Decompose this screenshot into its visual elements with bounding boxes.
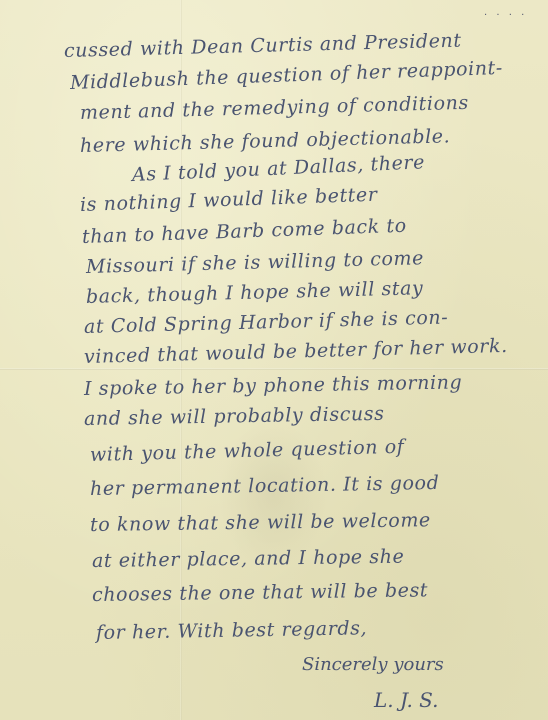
letter-line-3: ment and the remedying of conditions [80, 92, 469, 124]
letter-line-17: at either place, and I hope she [92, 546, 405, 572]
letter-line-5: As I told you at Dallas, there [132, 151, 426, 186]
letter-line-2: Middlebush the question of her reappoint… [70, 57, 504, 94]
letter-line-14: with you the whole question of [90, 436, 405, 466]
letter-line-19: for her. With best regards, [96, 617, 368, 644]
letter-line-11: vinced that would be better for her work… [84, 335, 508, 368]
letter-line-18: chooses the one that will be best [92, 579, 428, 606]
letter-line-13: and she will probably discuss [84, 403, 385, 430]
corner-mark: · · · · [484, 10, 527, 21]
letter-line-9: back, though I hope she will stay [86, 277, 424, 308]
closing-salutation: Sincerely yours [302, 654, 444, 675]
letter-page: · · · · cussed with Dean Curtis and Pres… [0, 0, 548, 720]
horizontal-fold-crease [0, 368, 548, 370]
letter-line-15: her permanent location. It is good [90, 472, 440, 500]
signature-initials: L. J. S. [374, 688, 439, 712]
letter-line-16: to know that she will be welcome [90, 509, 431, 536]
letter-line-10: at Cold Spring Harbor if she is con- [84, 306, 449, 338]
letter-line-8: Missouri if she is willing to come [86, 247, 425, 278]
letter-line-12: I spoke to her by phone this morning [84, 371, 463, 400]
letter-line-1: cussed with Dean Curtis and President [64, 30, 462, 62]
letter-line-6: is nothing I would like better [80, 184, 378, 216]
letter-line-7: than to have Barb come back to [82, 215, 407, 248]
